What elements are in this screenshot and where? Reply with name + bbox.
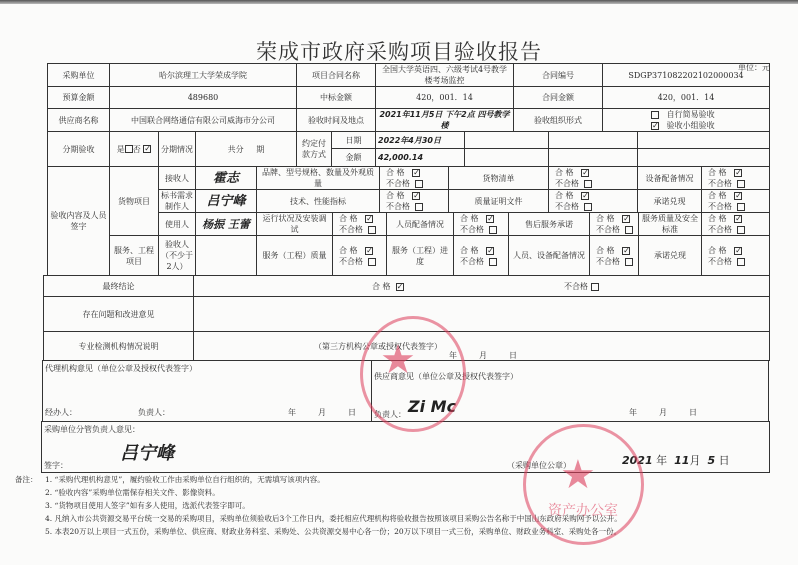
services-label: 服务、工程项目 xyxy=(109,235,159,276)
sign-label: 签字： xyxy=(44,460,68,471)
pass-option[interactable]: 合 格 ✓ xyxy=(460,245,494,256)
payment-blank-4 xyxy=(464,148,549,167)
page-title: 荣成市政府采购项目验收报告 xyxy=(0,36,798,66)
checkbox-empty-icon[interactable] xyxy=(489,226,497,234)
conclusion-label: 最终结论 xyxy=(43,275,194,297)
pass-fail-check[interactable]: 合 格 ✓ 不合格 xyxy=(589,235,639,276)
pass-fail-check[interactable]: 合 格 ✓ 不合格 xyxy=(332,235,387,276)
check-item-label: 人员配备情况 xyxy=(386,212,454,236)
fail-option[interactable]: 不合格 xyxy=(339,256,376,267)
time-place-value: 2021年11月5日 下午2点 四号教学楼 xyxy=(375,108,514,132)
purchaser-value: 哈尔滨理工大学荣成学院 xyxy=(109,63,297,87)
pass-fail-check[interactable]: 合 格 ✓ 不合格 xyxy=(701,235,770,276)
fail-option[interactable]: 不合格 xyxy=(708,201,745,212)
checkbox-empty-icon[interactable] xyxy=(651,111,659,119)
installment-yes-no: 是否 ✓ xyxy=(109,131,159,167)
pass-fail-check[interactable]: 合 格 ✓ 不合格 xyxy=(332,212,387,236)
user-label: 使用人 xyxy=(158,212,196,236)
project-name-label: 项目合同名称 xyxy=(296,63,376,87)
tender-label: 标书需求制作人 xyxy=(158,189,196,213)
inspection-value[interactable]: （第三方机构公章或授权代表签字） 年 月 日 xyxy=(193,331,770,361)
installment-label: 分期验收 xyxy=(47,131,110,167)
budget-label: 预算金额 xyxy=(47,86,110,109)
dept-head-signature: 吕宁峰 xyxy=(120,444,174,464)
payment-blank-3 xyxy=(637,131,770,149)
fail-option[interactable]: 不合格 xyxy=(555,201,592,212)
contract-amount-label: 合同金额 xyxy=(513,86,603,109)
project-name-value: 全国大学英语四、六级考试4号教学楼考场监控 xyxy=(375,63,514,87)
org-form-options: 自行简易验收 ✓ 验收小组验收 xyxy=(602,108,770,132)
pass-option[interactable]: 合 格 ✓ xyxy=(386,190,420,201)
payment-amount-label: 金额 xyxy=(331,148,376,167)
payment-blank-6 xyxy=(637,148,770,167)
checkbox-checked-icon[interactable]: ✓ xyxy=(651,122,659,130)
day-label: 日 xyxy=(689,407,697,418)
fail-option[interactable]: 不合格 xyxy=(708,224,745,235)
pass-option[interactable]: 合 格 ✓ xyxy=(708,190,742,201)
pass-option[interactable]: 合 格 ✓ xyxy=(555,190,589,201)
check-item-label: 承诺兑现 xyxy=(638,235,702,276)
pass-fail-check[interactable]: 合 格 ✓ 不合格 xyxy=(548,166,638,190)
goods-label: 货物项目 xyxy=(109,166,159,236)
conclusion-fail[interactable]: 不合格 xyxy=(564,281,599,292)
check-item-label: 货物清单 xyxy=(448,166,549,190)
org-option-self[interactable]: 自行简易验收 xyxy=(651,109,715,120)
checkbox-empty-icon[interactable] xyxy=(625,226,633,234)
checkbox-checked-icon[interactable]: ✓ xyxy=(365,215,373,223)
fail-option[interactable]: 不合格 xyxy=(460,256,497,267)
pass-fail-check[interactable]: 合 格 ✓ 不合格 xyxy=(379,166,449,190)
no-checkbox[interactable]: ✓ xyxy=(143,145,151,153)
payment-blank-5 xyxy=(548,148,638,167)
checkbox-checked-icon[interactable]: ✓ xyxy=(412,169,420,177)
check-item-label: 服务（工程）质量 xyxy=(256,235,333,276)
fail-option[interactable]: 不合格 xyxy=(555,178,592,189)
pass-option[interactable]: 合 格 ✓ xyxy=(596,213,630,224)
payment-date-label: 日期 xyxy=(331,131,376,149)
check-item-label: 质量证明文件 xyxy=(448,189,549,213)
fail-option[interactable]: 不合格 xyxy=(708,256,745,267)
bid-amount-label: 中标金额 xyxy=(296,86,376,109)
checkbox-empty-icon[interactable] xyxy=(737,226,745,234)
checkbox-checked-icon[interactable]: ✓ xyxy=(581,192,589,200)
pass-fail-check[interactable]: 合 格 ✓ 不合格 xyxy=(701,166,770,190)
checkbox-checked-icon[interactable]: ✓ xyxy=(734,169,742,177)
pass-option[interactable]: 合 格 ✓ xyxy=(339,213,373,224)
pass-fail-check[interactable]: 合 格 ✓ 不合格 xyxy=(379,189,449,213)
budget-value: 489680 xyxy=(109,86,297,109)
checkbox-checked-icon[interactable]: ✓ xyxy=(622,247,630,255)
checkbox-empty-icon[interactable] xyxy=(584,203,592,211)
installment-situation-label: 分期情况 xyxy=(158,131,196,167)
year-label: 年 xyxy=(288,407,296,418)
check-item-label: 设备配备情况 xyxy=(637,166,702,190)
pass-option[interactable]: 合 格 ✓ xyxy=(708,245,742,256)
purchaser-seal-text: 资产办公室 xyxy=(548,500,618,520)
fail-option[interactable]: 不合格 xyxy=(708,178,745,189)
payment-blank-2 xyxy=(548,131,638,149)
scan-edge xyxy=(0,0,798,4)
issues-value[interactable] xyxy=(193,296,770,332)
pass-option[interactable]: 合 格 ✓ xyxy=(460,213,494,224)
inspection-label: 专业检测机构情况说明 xyxy=(43,331,194,361)
checkbox-empty-icon[interactable] xyxy=(737,203,745,211)
day-label: 日 xyxy=(348,407,356,418)
fail-option[interactable]: 不合格 xyxy=(596,256,633,267)
checkbox-empty-icon[interactable] xyxy=(415,203,423,211)
supplier-label: 供应商名称 xyxy=(47,108,110,132)
notes-label: 备注： xyxy=(15,473,38,486)
agency-opinion-box[interactable]: 代理机构意见（单位公章及授权代表签字） 经办人： 负责人： 年 月 日 xyxy=(42,360,372,422)
check-item-label: 运行状况及安装调试 xyxy=(256,212,333,236)
pass-fail-check[interactable]: 合 格 ✓ 不合格 xyxy=(701,189,770,213)
pass-option[interactable]: 合 格 ✓ xyxy=(708,213,742,224)
payment-method-label: 约定付款方式 xyxy=(296,131,332,167)
contract-amount-value: 420，001．14 xyxy=(602,86,770,109)
pass-fail-check[interactable]: 合 格 ✓ 不合格 xyxy=(589,212,639,236)
fail-option[interactable]: 不合格 xyxy=(386,178,423,189)
tender-signature: 吕宁峰 xyxy=(195,189,257,213)
org-option-group[interactable]: ✓ 验收小组验收 xyxy=(651,120,715,131)
checkbox-checked-icon[interactable]: ✓ xyxy=(412,192,420,200)
pass-fail-check[interactable]: 合 格 ✓ 不合格 xyxy=(701,212,770,236)
payment-amount-value: 42,000.14 xyxy=(375,148,465,167)
pass-option[interactable]: 合 格 ✓ xyxy=(708,167,742,178)
checkbox-empty-icon[interactable] xyxy=(591,283,599,291)
checkbox-empty-icon[interactable] xyxy=(625,258,633,266)
checkbox-empty-icon[interactable] xyxy=(368,226,376,234)
check-item-label: 技术、性能指标 xyxy=(256,189,380,213)
payment-date-value: 2022年4月30日 xyxy=(375,131,465,149)
check-item-label: 服务质量及安全标准 xyxy=(638,212,702,236)
pass-option[interactable]: 合 格 ✓ xyxy=(555,167,589,178)
checkbox-empty-icon[interactable] xyxy=(415,180,423,188)
yes-checkbox[interactable] xyxy=(125,145,133,153)
check-item-label: 品牌、型号规格、数量及外观质量 xyxy=(256,166,380,190)
checkbox-checked-icon[interactable]: ✓ xyxy=(734,215,742,223)
checkbox-empty-icon[interactable] xyxy=(737,258,745,266)
checkbox-checked-icon[interactable]: ✓ xyxy=(486,215,494,223)
org-form-label: 验收组织形式 xyxy=(513,108,603,132)
checkbox-empty-icon[interactable] xyxy=(737,180,745,188)
pass-option[interactable]: 合 格 ✓ xyxy=(386,167,420,178)
checkbox-checked-icon[interactable]: ✓ xyxy=(486,247,494,255)
month-label: 月 xyxy=(659,407,667,418)
checkbox-empty-icon[interactable] xyxy=(584,180,592,188)
check-item-label: 售后服务承诺 xyxy=(508,212,590,236)
check-item-label: 服务（工程）进度 xyxy=(386,235,454,276)
contract-no-value: SDGP371082202102000034 xyxy=(602,63,770,87)
service-receiver-signature xyxy=(195,235,257,276)
fail-option[interactable]: 不合格 xyxy=(460,224,497,235)
user-signature: 杨振 王蕾 xyxy=(195,212,257,236)
conclusion-value: 合 格 ✓ 不合格 xyxy=(193,275,770,297)
fail-option[interactable]: 不合格 xyxy=(339,224,376,235)
check-item-label: 人员、设备配备情况 xyxy=(508,235,590,276)
pass-fail-check[interactable]: 合 格 ✓ 不合格 xyxy=(453,235,509,276)
note-item: 5. 本表20万以上项目一式五份，采购单位、供应商、财政业务科室、采购处、公共资… xyxy=(45,525,622,538)
star-icon: ★ xyxy=(560,455,596,495)
issues-label: 存在问题和改进意见 xyxy=(43,296,194,332)
dept-head-opinion-label: 采购单位分管负责人意见： xyxy=(44,424,140,435)
acceptance-label: 验收内容及人员签字 xyxy=(47,166,110,276)
supplier-value: 中国联合网络通信有限公司威海市分公司 xyxy=(109,108,297,132)
checkbox-checked-icon[interactable]: ✓ xyxy=(622,215,630,223)
fail-option[interactable]: 不合格 xyxy=(596,224,633,235)
pass-option[interactable]: 合 格 ✓ xyxy=(596,245,630,256)
payment-blank-1 xyxy=(464,131,549,149)
checkbox-checked-icon[interactable]: ✓ xyxy=(734,192,742,200)
checkbox-checked-icon[interactable]: ✓ xyxy=(396,283,404,291)
checkbox-checked-icon[interactable]: ✓ xyxy=(734,247,742,255)
pass-fail-check[interactable]: 合 格 ✓ 不合格 xyxy=(548,189,638,213)
purchaser-label: 采购单位 xyxy=(47,63,110,87)
installment-periods: 共分 期 xyxy=(195,131,297,167)
checkbox-empty-icon[interactable] xyxy=(368,258,376,266)
year-label: 年 xyxy=(629,407,637,418)
bid-amount-value: 420，001．14 xyxy=(375,86,514,109)
pass-option[interactable]: 合 格 ✓ xyxy=(339,245,373,256)
star-icon: ★ xyxy=(380,340,416,380)
conclusion-pass[interactable]: 合 格 ✓ xyxy=(372,281,404,292)
fail-option[interactable]: 不合格 xyxy=(386,201,423,212)
receiver-label: 接收人 xyxy=(158,166,196,190)
check-item-label: 承诺兑现 xyxy=(637,189,702,213)
contract-no-label: 合同编号 xyxy=(513,63,603,87)
checkbox-empty-icon[interactable] xyxy=(489,258,497,266)
responsible-label: 负责人： xyxy=(138,407,170,418)
time-place-label: 验收时间及地点 xyxy=(296,108,376,132)
receiver-signature: 霍志 xyxy=(195,166,257,190)
pass-fail-check[interactable]: 合 格 ✓ 不合格 xyxy=(453,212,509,236)
month-label: 月 xyxy=(318,407,326,418)
agency-opinion-label: 代理机构意见（单位公章及授权代表签字） xyxy=(45,363,197,374)
checkbox-checked-icon[interactable]: ✓ xyxy=(581,169,589,177)
checkbox-checked-icon[interactable]: ✓ xyxy=(365,247,373,255)
handler-label: 经办人： xyxy=(45,407,77,418)
service-receiver-label: 验收人（不少于2人） xyxy=(158,235,196,276)
